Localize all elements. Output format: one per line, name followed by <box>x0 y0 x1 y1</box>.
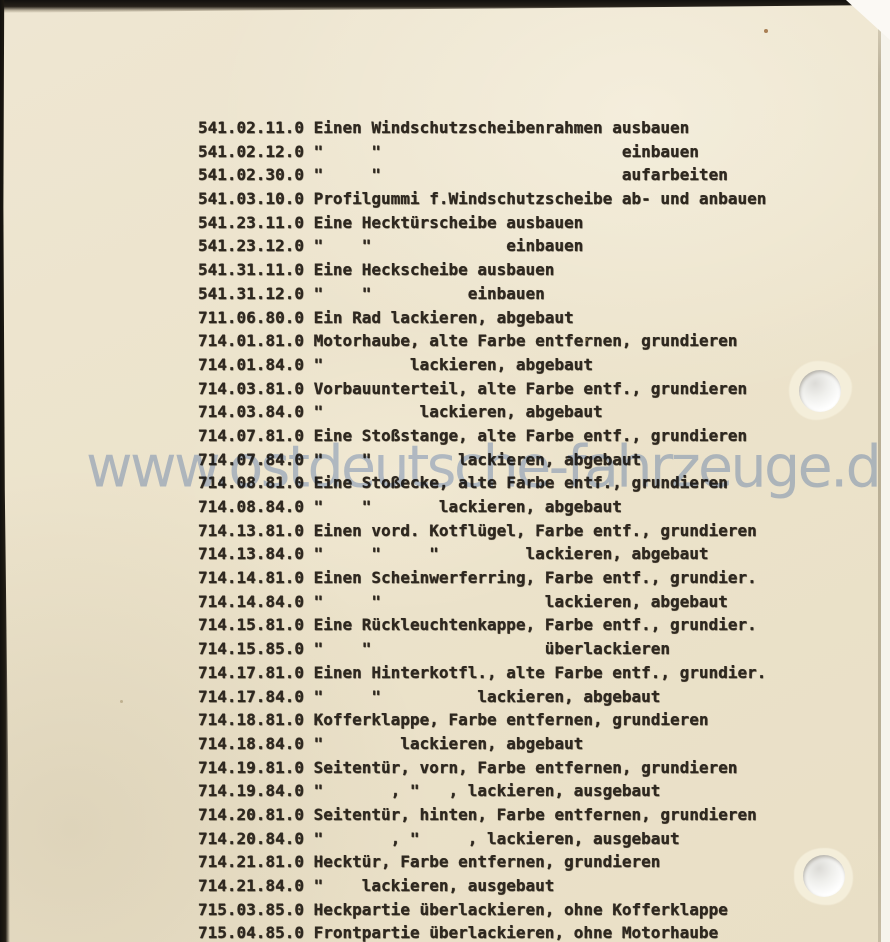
catalog-line: 714.17.84.0 " " lackieren, abgebaut <box>198 685 766 709</box>
catalog-line: 541.02.12.0 " " einbauen <box>198 140 766 164</box>
catalog-line: 714.14.84.0 " " lackieren, abgebaut <box>198 590 766 614</box>
catalog-line: 714.19.84.0 " , " , lackieren, ausgebaut <box>198 779 766 803</box>
catalog-line: 541.31.12.0 " " einbauen <box>198 282 766 306</box>
catalog-line: 714.19.81.0 Seitentür, vorn, Farbe entfe… <box>198 756 766 780</box>
watermark-text: www.ostdeutsche-fahrzeuge.de <box>86 433 890 500</box>
catalog-line: 541.02.30.0 " " aufarbeiten <box>198 163 766 187</box>
catalog-line: 714.14.81.0 Einen Scheinwerferring, Farb… <box>198 566 766 590</box>
catalog-line: 541.03.10.0 Profilgummi f.Windschutzsche… <box>198 187 766 211</box>
paper-speck <box>120 700 123 703</box>
catalog-line: 714.20.84.0 " , " , lackieren, ausgebaut <box>198 827 766 851</box>
scanned-document-page: 541.02.11.0 Einen Windschutzscheibenrahm… <box>0 0 890 942</box>
catalog-line: 541.23.11.0 Eine Hecktürscheibe ausbauen <box>198 211 766 235</box>
catalog-line: 714.21.84.0 " lackieren, ausgebaut <box>198 874 766 898</box>
scan-edge-left <box>0 0 10 942</box>
catalog-line: 541.02.11.0 Einen Windschutzscheibenrahm… <box>198 116 766 140</box>
catalog-line: 714.03.81.0 Vorbauunterteil, alte Farbe … <box>198 377 766 401</box>
catalog-line: 714.21.81.0 Hecktür, Farbe entfernen, gr… <box>198 850 766 874</box>
catalog-line: 541.23.12.0 " " einbauen <box>198 234 766 258</box>
catalog-line: 714.03.84.0 " lackieren, abgebaut <box>198 400 766 424</box>
catalog-line: 715.03.85.0 Heckpartie überlackieren, oh… <box>198 898 766 922</box>
catalog-line: 715.04.85.0 Frontpartie überlackieren, o… <box>198 921 766 942</box>
paper-edge-right <box>878 0 881 942</box>
catalog-line: 714.13.84.0 " " " lackieren, abgebaut <box>198 542 766 566</box>
catalog-line: 714.18.81.0 Kofferklappe, Farbe entferne… <box>198 708 766 732</box>
catalog-line: 714.17.81.0 Einen Hinterkotfl., alte Far… <box>198 661 766 685</box>
catalog-line: 714.18.84.0 " lackieren, abgebaut <box>198 732 766 756</box>
catalog-line: 711.06.80.0 Ein Rad lackieren, abgebaut <box>198 306 766 330</box>
punch-hole-top <box>799 370 841 412</box>
scan-edge-top <box>0 0 890 13</box>
catalog-line: 541.31.11.0 Eine Heckscheibe ausbauen <box>198 258 766 282</box>
catalog-line: 714.15.81.0 Eine Rückleuchtenkappe, Farb… <box>198 613 766 637</box>
catalog-line: 714.15.85.0 " " überlackieren <box>198 637 766 661</box>
catalog-line: 714.13.81.0 Einen vord. Kotflügel, Farbe… <box>198 519 766 543</box>
catalog-line: 714.20.81.0 Seitentür, hinten, Farbe ent… <box>198 803 766 827</box>
catalog-line: 714.01.81.0 Motorhaube, alte Farbe entfe… <box>198 329 766 353</box>
paper-speck <box>585 338 588 341</box>
punch-hole-bottom <box>803 855 845 897</box>
paper-speck <box>764 29 768 33</box>
document-lines: 541.02.11.0 Einen Windschutzscheibenrahm… <box>198 116 766 942</box>
scanner-background-right <box>881 0 890 942</box>
catalog-line: 714.01.84.0 " lackieren, abgebaut <box>198 353 766 377</box>
